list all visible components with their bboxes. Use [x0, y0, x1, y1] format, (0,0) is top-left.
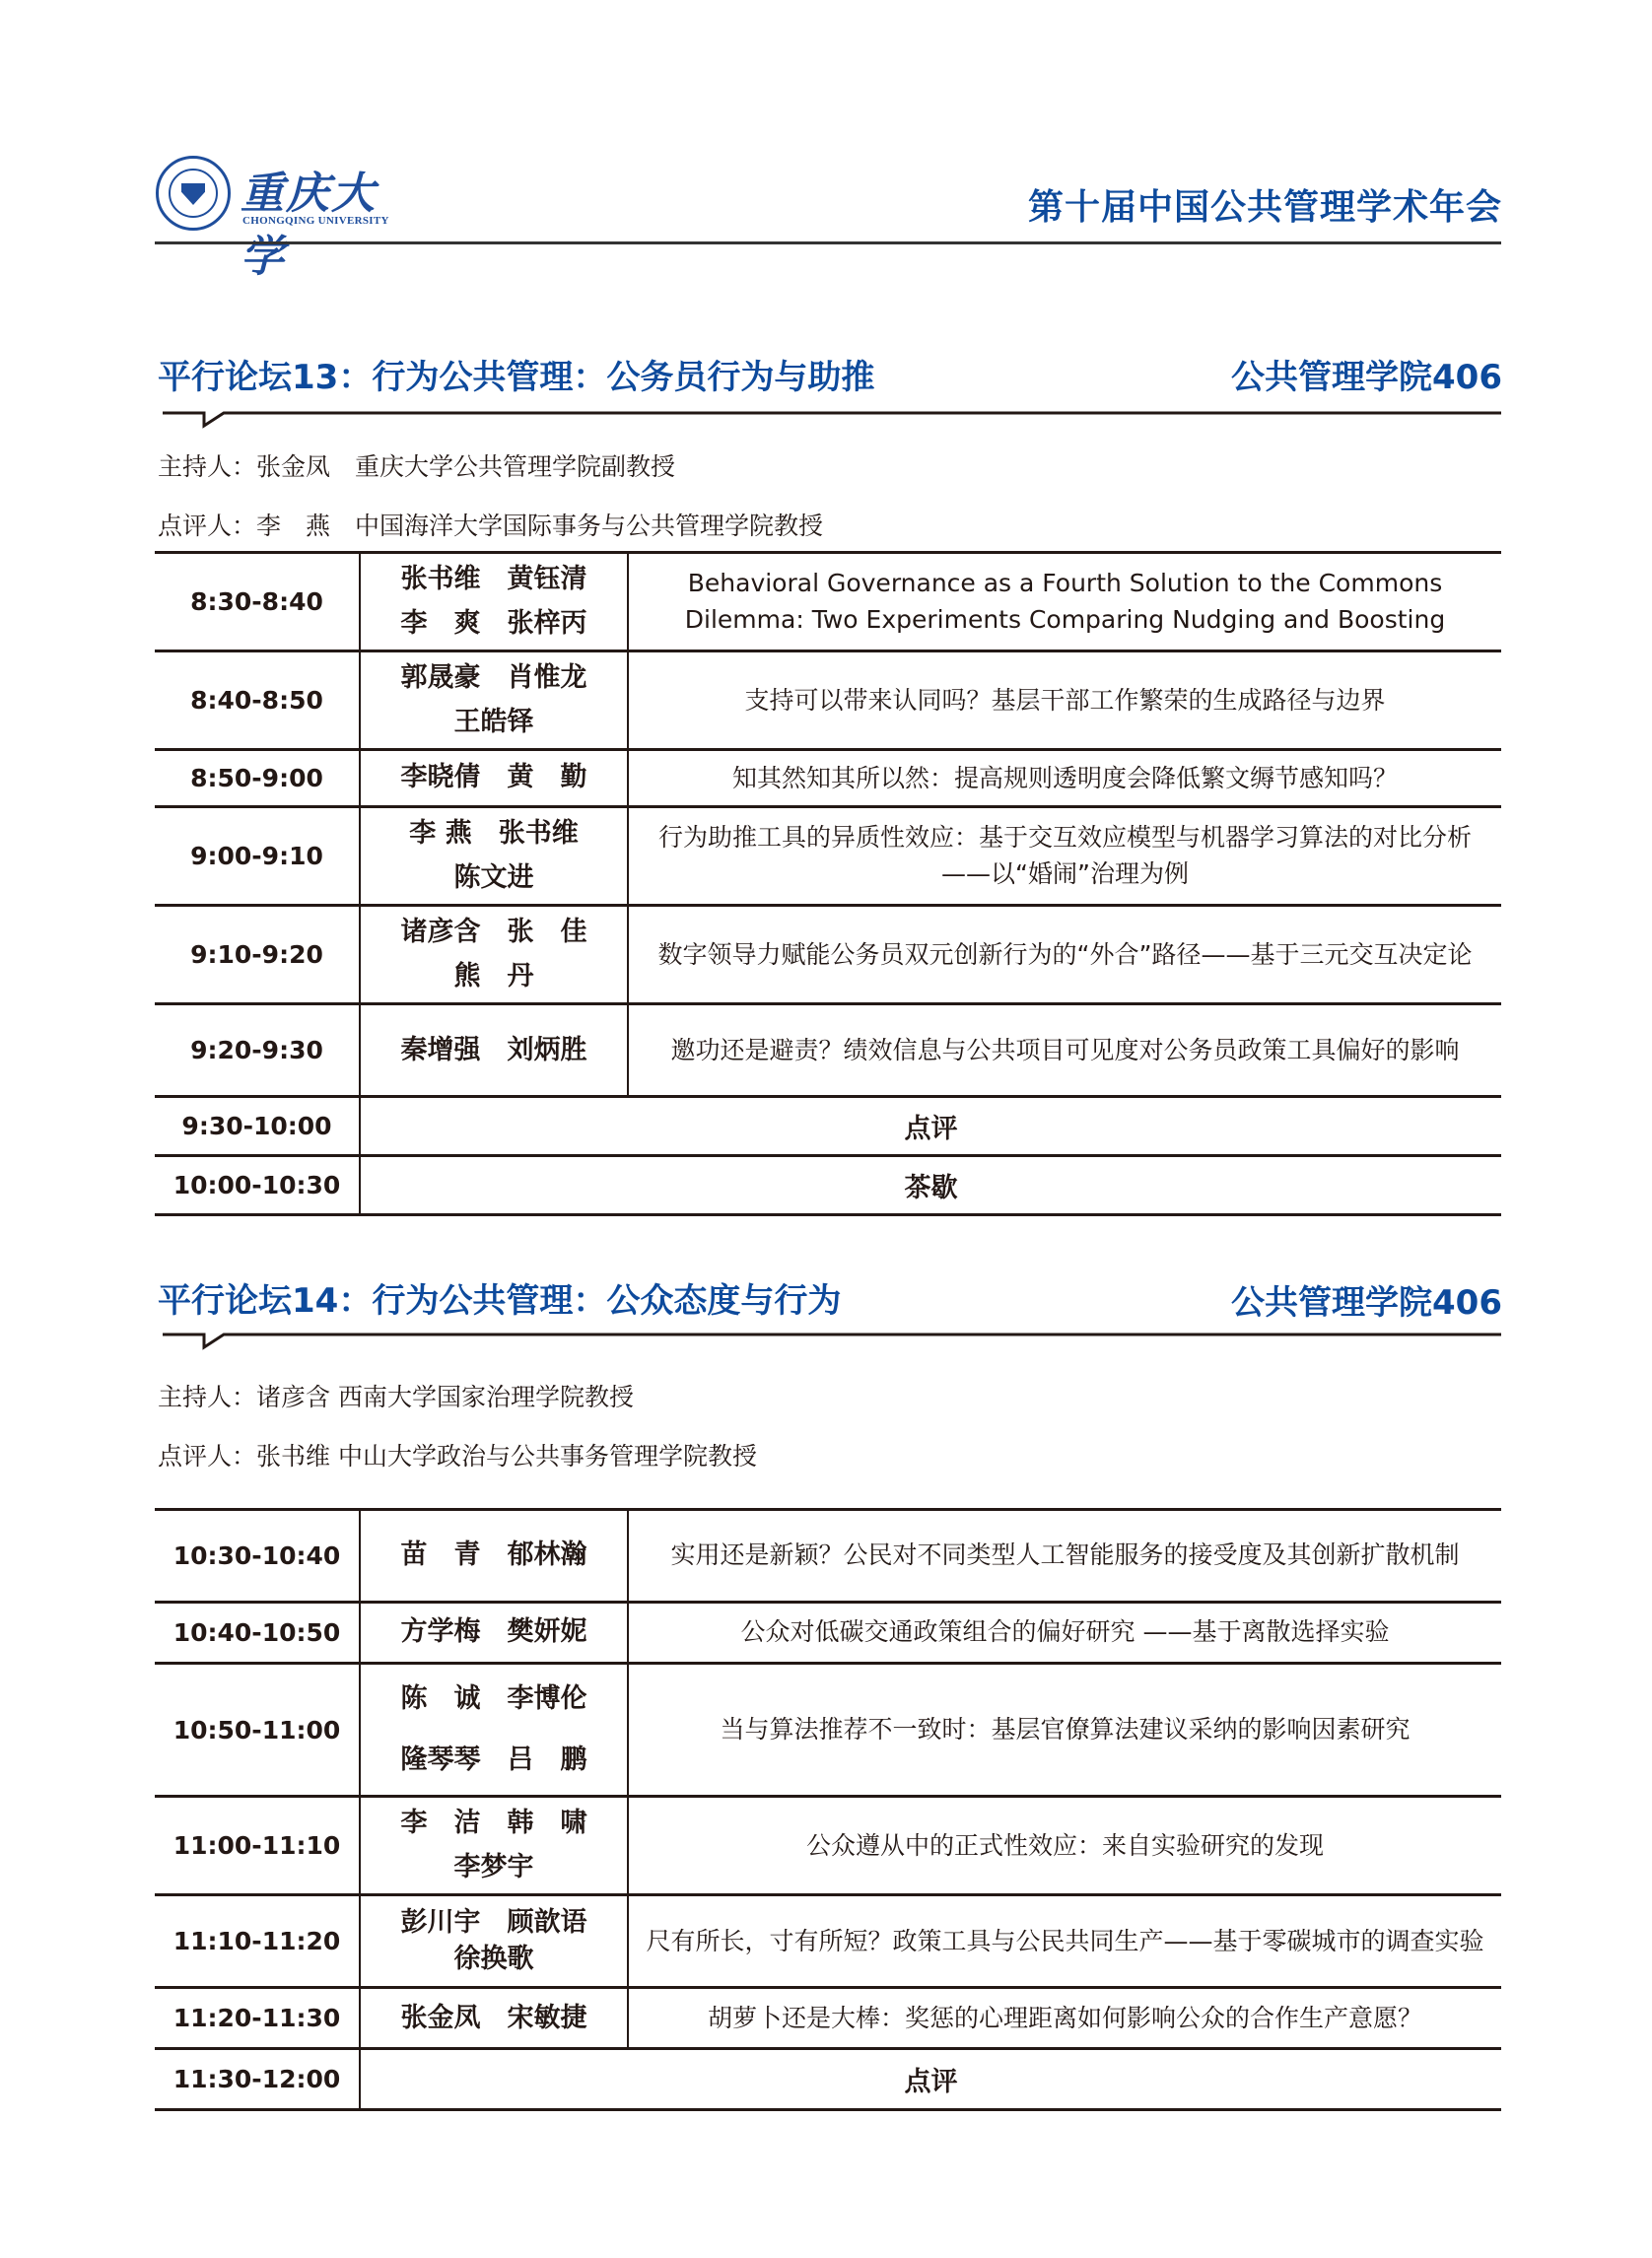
- host-label: 主持人：: [158, 1383, 256, 1411]
- forum-13-room: 公共管理学院406: [1231, 350, 1502, 398]
- time-cell: 10:50-11:00: [155, 1664, 360, 1797]
- table-row: 9:10-9:20 诸彦含 张 佳 熊 丹 数字领导力赋能公务员双元创新行为的“…: [155, 906, 1501, 1004]
- forum-13-host: 主持人：张金凤 重庆大学公共管理学院副教授: [158, 447, 675, 483]
- authors-cell: 郭晟豪 肖惟龙 王皓铎: [360, 651, 628, 750]
- table-row: 11:10-11:20 彭川宇 顾歆语 徐换歌 尺有所长，寸有所短？政策工具与公…: [155, 1895, 1501, 1988]
- paper-title-cell: Behavioral Governance as a Fourth Soluti…: [628, 553, 1501, 651]
- reviewer-label: 点评人：: [158, 512, 256, 540]
- forum-14-schedule-table: 10:30-10:40 苗 青 郁林瀚 实用还是新颖？公民对不同类型人工智能服务…: [155, 1508, 1501, 2111]
- authors-cell: 方学梅 樊妍妮: [360, 1603, 628, 1664]
- table-row: 10:30-10:40 苗 青 郁林瀚 实用还是新颖？公民对不同类型人工智能服务…: [155, 1510, 1501, 1603]
- host-value: 诸彦含 西南大学国家治理学院教授: [256, 1383, 634, 1411]
- paper-title-cell: 胡萝卜还是大棒：奖惩的心理距离如何影响公众的合作生产意愿？: [628, 1988, 1501, 2049]
- paper-title-cell: 数字领导力赋能公务员双元创新行为的“外合”路径——基于三元交互决定论: [628, 906, 1501, 1004]
- time-cell: 8:30-8:40: [155, 553, 360, 651]
- authors-cell: 陈 诚 李博伦 隆琴琴 吕 鹏: [360, 1664, 628, 1797]
- table-row: 8:50-9:00 李晓倩 黄 勤 知其然知其所以然：提高规则透明度会降低繁文缛…: [155, 750, 1501, 807]
- authors-cell: 诸彦含 张 佳 熊 丹: [360, 906, 628, 1004]
- university-seal-icon: [156, 156, 231, 231]
- table-row: 9:00-9:10 李 燕 张书维 陈文进 行为助推工具的异质性效应：基于交互效…: [155, 807, 1501, 906]
- time-cell: 9:30-10:00: [155, 1097, 360, 1156]
- reviewer-label: 点评人：: [158, 1442, 256, 1471]
- forum-14-divider: [155, 1330, 1501, 1353]
- authors-cell: 秦增强 刘炳胜: [360, 1004, 628, 1097]
- time-cell: 9:00-9:10: [155, 807, 360, 906]
- forum-14-host: 主持人：诸彦含 西南大学国家治理学院教授: [158, 1378, 634, 1413]
- forum-14-reviewer: 点评人：张书维 中山大学政治与公共事务管理学院教授: [158, 1437, 757, 1472]
- authors-cell: 苗 青 郁林瀚: [360, 1510, 628, 1603]
- paper-title-cell: 公众遵从中的正式性效应：来自实验研究的发现: [628, 1797, 1501, 1895]
- forum-13-schedule-table: 8:30-8:40 张书维 黄钰清 李 爽 张梓丙 Behavioral Gov…: [155, 551, 1501, 1216]
- logo-english-name: CHONGQING UNIVERSITY: [242, 215, 389, 227]
- paper-title-cell: 公众对低碳交通政策组合的偏好研究 ——基于离散选择实验: [628, 1603, 1501, 1664]
- table-row: 8:40-8:50 郭晟豪 肖惟龙 王皓铎 支持可以带来认同吗？基层干部工作繁荣…: [155, 651, 1501, 750]
- table-row-tea-break: 10:00-10:30 茶歇: [155, 1156, 1501, 1215]
- authors-cell: 李晓倩 黄 勤: [360, 750, 628, 807]
- time-cell: 10:40-10:50: [155, 1603, 360, 1664]
- time-cell: 8:40-8:50: [155, 651, 360, 750]
- forum-13-reviewer: 点评人：李 燕 中国海洋大学国际事务与公共管理学院教授: [158, 507, 823, 542]
- authors-cell: 李 洁 韩 啸 李梦宇: [360, 1797, 628, 1895]
- paper-title-cell: 实用还是新颖？公民对不同类型人工智能服务的接受度及其创新扩散机制: [628, 1510, 1501, 1603]
- authors-cell: 李 燕 张书维 陈文进: [360, 807, 628, 906]
- time-cell: 10:30-10:40: [155, 1510, 360, 1603]
- time-cell: 8:50-9:00: [155, 750, 360, 807]
- time-cell: 10:00-10:30: [155, 1156, 360, 1215]
- host-value: 张金凤 重庆大学公共管理学院副教授: [256, 452, 675, 481]
- authors-cell: 张金凤 宋敏捷: [360, 1988, 628, 2049]
- table-row: 11:00-11:10 李 洁 韩 啸 李梦宇 公众遵从中的正式性效应：来自实验…: [155, 1797, 1501, 1895]
- reviewer-value: 李 燕 中国海洋大学国际事务与公共管理学院教授: [256, 512, 823, 540]
- table-row: 11:20-11:30 张金凤 宋敏捷 胡萝卜还是大棒：奖惩的心理距离如何影响公…: [155, 1988, 1501, 2049]
- forum-14-room: 公共管理学院406: [1231, 1275, 1502, 1324]
- authors-cell: 彭川宇 顾歆语 徐换歌: [360, 1895, 628, 1988]
- table-row: 9:20-9:30 秦增强 刘炳胜 邀功还是避责？绩效信息与公共项目可见度对公务…: [155, 1004, 1501, 1097]
- time-cell: 9:20-9:30: [155, 1004, 360, 1097]
- session-label-cell: 茶歇: [360, 1156, 1501, 1215]
- paper-title-cell: 尺有所长，寸有所短？政策工具与公民共同生产——基于零碳城市的调查实验: [628, 1895, 1501, 1988]
- time-cell: 11:10-11:20: [155, 1895, 360, 1988]
- host-label: 主持人：: [158, 452, 256, 481]
- time-cell: 11:00-11:10: [155, 1797, 360, 1895]
- time-cell: 11:20-11:30: [155, 1988, 360, 2049]
- time-cell: 11:30-12:00: [155, 2049, 360, 2110]
- forum-14-title: 平行论坛14：行为公共管理：公众态度与行为: [158, 1273, 841, 1322]
- paper-title-cell: 支持可以带来认同吗？基层干部工作繁荣的生成路径与边界: [628, 651, 1501, 750]
- forum-13-divider: [155, 408, 1501, 432]
- paper-title-cell: 邀功还是避责？绩效信息与公共项目可见度对公务员政策工具偏好的影响: [628, 1004, 1501, 1097]
- paper-title-cell: 知其然知其所以然：提高规则透明度会降低繁文缛节感知吗？: [628, 750, 1501, 807]
- table-row-review: 9:30-10:00 点评: [155, 1097, 1501, 1156]
- table-row: 10:50-11:00 陈 诚 李博伦 隆琴琴 吕 鹏 当与算法推荐不一致时：基…: [155, 1664, 1501, 1797]
- paper-title-cell: 行为助推工具的异质性效应：基于交互效应模型与机器学习算法的对比分析——以“婚闹”…: [628, 807, 1501, 906]
- table-row: 10:40-10:50 方学梅 樊妍妮 公众对低碳交通政策组合的偏好研究 ——基…: [155, 1603, 1501, 1664]
- forum-13-title: 平行论坛13：行为公共管理：公务员行为与助推: [158, 350, 874, 398]
- table-row: 8:30-8:40 张书维 黄钰清 李 爽 张梓丙 Behavioral Gov…: [155, 553, 1501, 651]
- conference-title: 第十届中国公共管理学术年会: [1028, 179, 1502, 230]
- authors-cell: 张书维 黄钰清 李 爽 张梓丙: [360, 553, 628, 651]
- session-label-cell: 点评: [360, 1097, 1501, 1156]
- paper-title-cell: 当与算法推荐不一致时：基层官僚算法建议采纳的影响因素研究: [628, 1664, 1501, 1797]
- reviewer-value: 张书维 中山大学政治与公共事务管理学院教授: [256, 1442, 757, 1471]
- table-row-review: 11:30-12:00 点评: [155, 2049, 1501, 2110]
- header-divider: [155, 241, 1501, 244]
- session-label-cell: 点评: [360, 2049, 1501, 2110]
- university-logo: 重庆大学 CHONGQING UNIVERSITY: [156, 156, 392, 231]
- time-cell: 9:10-9:20: [155, 906, 360, 1004]
